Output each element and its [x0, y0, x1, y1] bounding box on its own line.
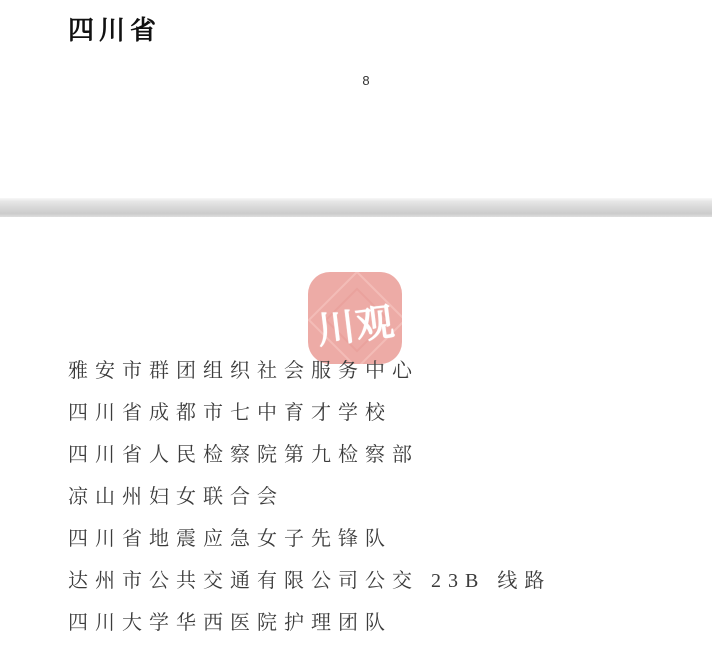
list-item: 四川省人民检察院第九检察部 — [68, 434, 551, 476]
list-item: 四川大学华西医院护理团队 — [68, 602, 551, 644]
list-item: 四川省地震应急女子先锋队 — [68, 518, 551, 560]
list-item: 四川省成都市七中育才学校 — [68, 392, 551, 434]
document-page-previous: 四川省 8 — [0, 0, 712, 198]
document-viewer: 四川省 8 川观 雅安市群团组织社会服务中心 四川省成都市七中育才学校 四川省人… — [0, 0, 712, 645]
page-separator — [0, 198, 712, 217]
document-page-current: 川观 雅安市群团组织社会服务中心 四川省成都市七中育才学校 四川省人民检察院第九… — [0, 217, 712, 645]
page-number: 8 — [0, 73, 712, 88]
list-item: 雅安市群团组织社会服务中心 — [68, 350, 551, 392]
organization-name-list: 雅安市群团组织社会服务中心 四川省成都市七中育才学校 四川省人民检察院第九检察部… — [68, 350, 551, 644]
list-item: 凉山州妇女联合会 — [68, 476, 551, 518]
section-heading: 四川省 — [68, 10, 161, 47]
list-item: 达州市公共交通有限公司公交 23B 线路 — [68, 560, 551, 602]
